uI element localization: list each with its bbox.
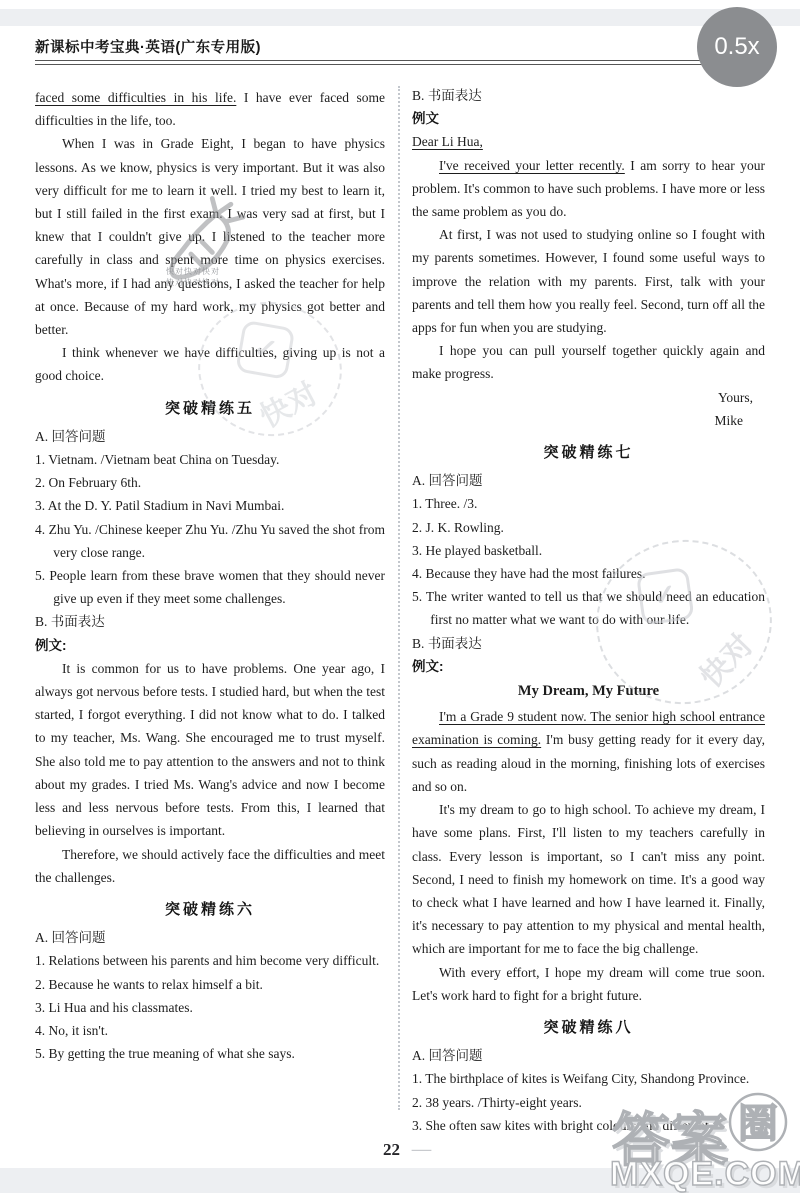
book-title: 新课标中考宝典·英语(广东专用版): [35, 36, 261, 57]
answer-item: 2. J. K. Rowling.: [430, 516, 765, 539]
column-divider-dotted-line: [398, 86, 400, 1110]
answer-item: 5. By getting the true meaning of what s…: [53, 1042, 385, 1065]
part-b-label: B. 书面表达: [412, 632, 765, 655]
paragraph: At first, I was not used to studying onl…: [412, 223, 765, 339]
answer-item: 3. At the D. Y. Patil Stadium in Navi Mu…: [53, 494, 385, 517]
answer-item: 3. Li Hua and his classmates.: [53, 996, 385, 1019]
underlined-text: I've received your letter recently.: [439, 158, 625, 173]
bottom-gray-band: [0, 1168, 800, 1193]
header-divider-rule: [35, 60, 747, 65]
answer-item: 2. On February 6th.: [53, 471, 385, 494]
letter-salutation: Dear Li Hua,: [412, 130, 765, 153]
answer-item: 4. Zhu Yu. /Chinese keeper Zhu Yu. /Zhu …: [53, 518, 385, 564]
paragraph: It is common for us to have problems. On…: [35, 657, 385, 843]
underlined-text: faced some difficulties in his life.: [35, 90, 236, 105]
playback-speed-badge[interactable]: 0.5x: [697, 7, 777, 87]
answer-item: 4. No, it isn't.: [53, 1019, 385, 1042]
answer-item: 5. People learn from these brave women t…: [53, 564, 385, 610]
section-header-7: 突破精练七: [412, 441, 765, 464]
section-header-8: 突破精练八: [412, 1016, 765, 1039]
right-column: B. 书面表达 例文 Dear Li Hua, I've received yo…: [412, 84, 765, 1137]
sample-essay-label: 例文:: [35, 634, 385, 657]
part-a-label: A. 回答问题: [412, 469, 765, 492]
paragraph: I hope you can pull yourself together qu…: [412, 339, 765, 385]
paragraph: Therefore, we should actively face the d…: [35, 843, 385, 889]
essay-title: My Dream, My Future: [412, 680, 765, 703]
sample-essay-label: 例文:: [412, 655, 765, 678]
top-gray-band: [0, 9, 800, 26]
paragraph: I've received your letter recently. I am…: [412, 154, 765, 224]
letter-signature: Mike: [412, 409, 765, 432]
answer-item: 1. Vietnam. /Vietnam beat China on Tuesd…: [53, 448, 385, 471]
paragraph: faced some difficulties in his life. I h…: [35, 86, 385, 132]
part-b-label: B. 书面表达: [412, 84, 765, 107]
section-header-5: 突破精练五: [35, 397, 385, 420]
answer-item: 2. Because he wants to relax himself a b…: [53, 973, 385, 996]
paragraph: When I was in Grade Eight, I began to ha…: [35, 132, 385, 341]
paragraph: With every effort, I hope my dream will …: [412, 961, 765, 1007]
page-footer: 22 —: [383, 1140, 429, 1160]
answer-item: 5. The writer wanted to tell us that we …: [430, 585, 765, 631]
paragraph: It's my dream to go to high school. To a…: [412, 798, 765, 960]
scanned-page-view: 新课标中考宝典·英语(广东专用版) 0.5x faced some diffic…: [0, 0, 800, 1193]
answer-item: 1. Relations between his parents and him…: [53, 949, 385, 972]
section-header-6: 突破精练六: [35, 898, 385, 921]
letter-signoff: Yours,: [412, 386, 765, 409]
paragraph: I'm a Grade 9 student now. The senior hi…: [412, 705, 765, 798]
answer-item: 3. He played basketball.: [430, 539, 765, 562]
sample-essay-label: 例文: [412, 107, 765, 130]
part-a-label: A. 回答问题: [35, 926, 385, 949]
part-a-label: A. 回答问题: [35, 425, 385, 448]
page-number: 22: [383, 1140, 400, 1160]
answer-item: 2. 38 years. /Thirty-eight years.: [430, 1091, 765, 1114]
paragraph: I think whenever we have difficulties, g…: [35, 341, 385, 387]
part-b-label: B. 书面表达: [35, 610, 385, 633]
answer-item: 3. She often saw kites with bright colou…: [430, 1114, 765, 1137]
footer-dash: —: [412, 1142, 432, 1159]
part-a-label: A. 回答问题: [412, 1044, 765, 1067]
answer-item: 1. Three. /3.: [430, 492, 765, 515]
answer-item: 1. The birthplace of kites is Weifang Ci…: [430, 1067, 765, 1090]
answer-item: 4. Because they have had the most failur…: [430, 562, 765, 585]
left-column: faced some difficulties in his life. I h…: [35, 86, 385, 1065]
